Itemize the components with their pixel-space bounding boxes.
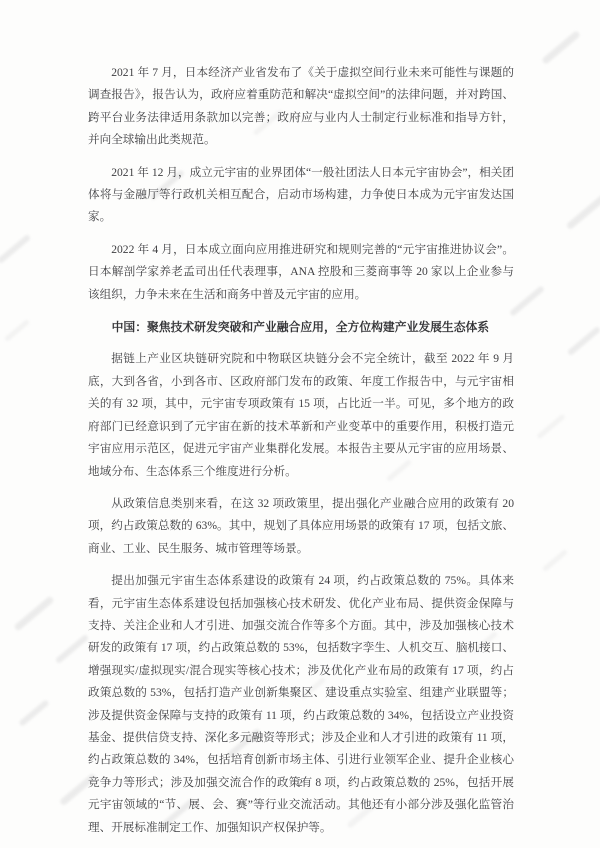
watermark-streak <box>4 319 30 342</box>
paragraph: 2022 年 4 月，日本成立面向应用推进研究和规则完善的“元宇宙推进协议会”。… <box>88 239 514 306</box>
watermark-streak <box>18 699 49 727</box>
paragraph: 提出加强元宇宙生态体系建设的政策有 24 项，约占政策总数的 75%。具体来看，… <box>88 570 514 839</box>
watermark-streak <box>536 414 565 440</box>
page-number: 2 <box>0 777 600 789</box>
section-heading-china: 中国：聚焦技术研发突破和产业融合应用，全方位构建产业发展生态体系 <box>88 316 514 338</box>
paragraph: 据链上产业区块链研究院和中物联区块链分会不完全统计，截至 2022 年 9 月底… <box>88 348 514 482</box>
watermark-streak <box>55 634 89 664</box>
watermark-streak <box>509 285 545 317</box>
watermark-streak <box>541 30 581 65</box>
paragraph: 从政策信息类别来看，在这 32 项政策里，提出强化产业融合应用的政策有 20 项… <box>88 493 514 560</box>
watermark-streak <box>542 549 568 572</box>
document-content: 2021 年 7 月，日本经济产业省发布了《关于虚拟空间行业未来可能性与课题的调… <box>88 62 514 848</box>
watermark-streak <box>13 595 54 631</box>
watermark-streak <box>566 193 600 231</box>
paragraph: 2021 年 7 月，日本经济产业省发布了《关于虚拟空间行业未来可能性与课题的调… <box>88 62 514 152</box>
watermark-streak <box>0 234 31 264</box>
paragraph: 2021 年 12 月，成立元宇宙的业界团体“一般社团法人日本元宇宙协会”，相关… <box>88 162 514 229</box>
watermark-streak <box>567 326 600 356</box>
document-page: 2021 年 7 月，日本经济产业省发布了《关于虚拟空间行业未来可能性与课题的调… <box>0 0 600 848</box>
